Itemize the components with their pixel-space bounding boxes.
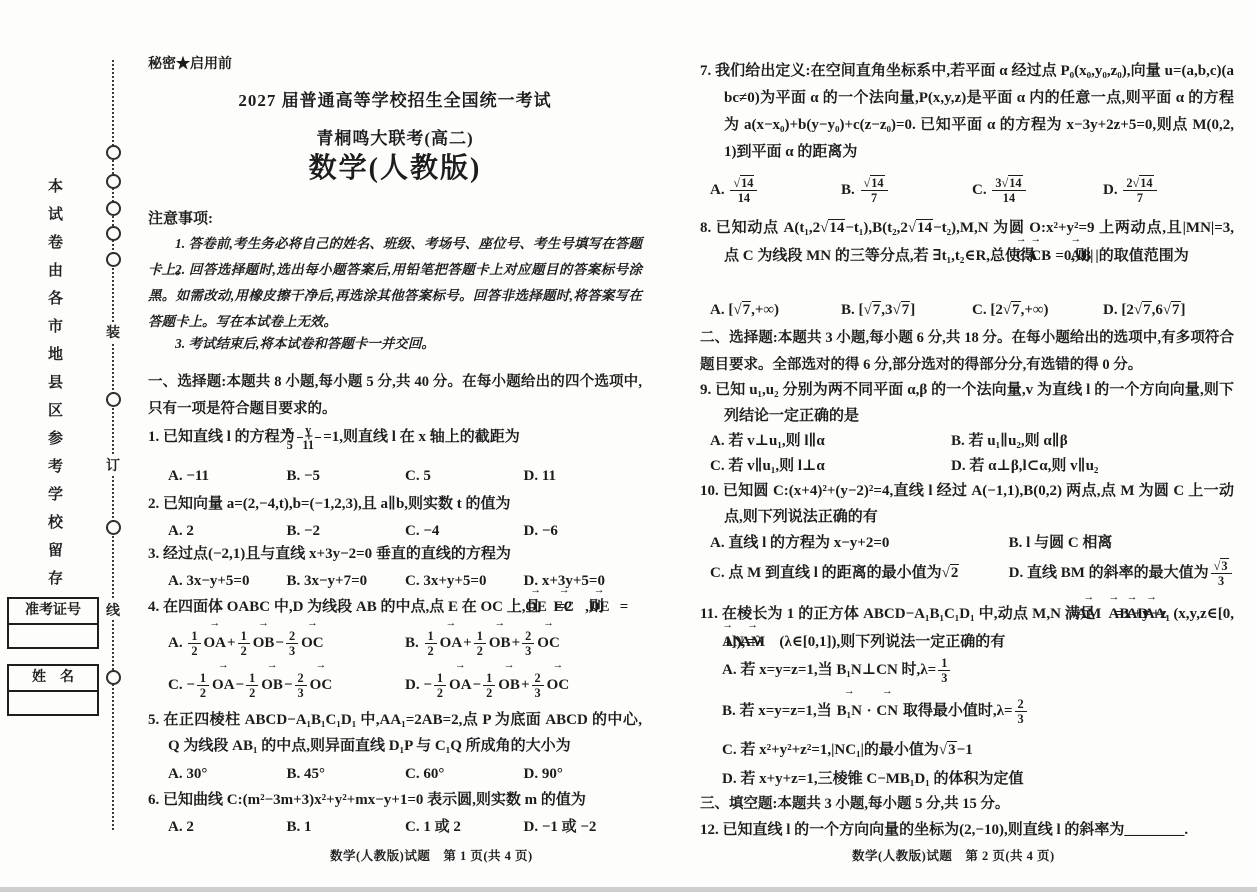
question-4-text: 4. 在四面体 OABC 中,D 为线段 AB 的中点,点 E 在 OC 上,且…	[148, 593, 642, 622]
q1-option-a: A. −11	[168, 463, 287, 489]
page-2: 7. 我们给出定义:在空间直角坐标系中,若平面 α 经过点 P₀(x₀,y₀,z…	[700, 0, 1234, 892]
admission-number-field	[7, 625, 99, 649]
q8-option-b: B. [7,37]	[841, 297, 972, 323]
binding-char-zhuang: 装	[104, 322, 122, 342]
binding-hole	[106, 252, 121, 267]
question-9-options-row-1: A. 若 v⊥u₁,则 l∥α B. 若 u₁∥u₂,则 α∥β	[700, 428, 1234, 454]
question-4-options-row-1: A. 12OA+12OB−23OC B. 12OA+12OB+23OC	[148, 626, 642, 660]
q11-option-b: B. 若 x=y=z=1,当 B₁N · CN 取得最小值时,λ=23	[700, 694, 1234, 728]
question-10-options-row-2: C. 点 M 到直线 l 的距离的最小值为2 D. 直线 BM 的斜率的最大值为…	[700, 553, 1234, 593]
binding-hole	[106, 174, 121, 189]
q10-option-d: D. 直线 BM 的斜率的最大值为33	[1009, 553, 1234, 593]
question-1-options: A. −11 B. −5 C. 5 D. 11	[148, 463, 642, 489]
question-1-text: 1. 已知直线 l 的方程为x5+y11=1,则直线 l 在 x 轴上的截距为	[148, 420, 642, 454]
question-5-text: 5. 在正四棱柱 ABCD−A₁B₁C₁D₁ 中,AA₁=2AB=2,点 P 为…	[148, 707, 642, 759]
q3-option-c: C. 3x+y+5=0	[405, 568, 524, 594]
q1-option-b: B. −5	[287, 463, 406, 489]
q7-option-d: D. 2147	[1103, 170, 1234, 210]
binding-hole	[106, 226, 121, 241]
q11-option-a: A. 若 x=y=z=1,当 B₁N⊥CN 时,λ=13	[700, 653, 1234, 687]
q6-option-d: D. −1 或 −2	[524, 814, 643, 840]
q7-option-a: A. 1414	[710, 170, 841, 210]
q1-option-d: D. 11	[524, 463, 643, 489]
name-label: 姓 名	[7, 664, 99, 692]
q4-option-c: C. −12OA−12OB−23OC	[168, 668, 405, 702]
q10-option-c: C. 点 M 到直线 l 的距离的最小值为2	[710, 553, 1009, 593]
q7-option-c: C. 31414	[972, 170, 1103, 210]
binding-char-xian: 线	[104, 600, 122, 620]
question-12-text: 12. 已知直线 l 的一个方向向量的坐标为(2,−10),则直线 l 的斜率为…	[700, 817, 1234, 843]
name-box: 姓 名	[7, 664, 99, 716]
question-6-options: A. 2 B. 1 C. 1 或 2 D. −1 或 −2	[148, 814, 642, 840]
subject-title: 数学(人教版)	[148, 156, 642, 182]
q9-option-d: D. 若 α⊥β,l⊂α,则 v∥u₂	[951, 453, 1234, 479]
admission-number-box: 准考证号	[7, 597, 99, 649]
q9-option-a: A. 若 v⊥u₁,则 l∥α	[710, 428, 951, 454]
q5-option-c: C. 60°	[405, 761, 524, 787]
page-2-footer: 数学(人教版)试题 第 2 页(共 4 页)	[852, 846, 1055, 864]
question-8-options: A. [7,+∞) B. [7,37] C. [27,+∞) D. [27,67…	[700, 297, 1234, 323]
question-6-text: 6. 已知曲线 C:(m²−3m+3)x²+y²+mx−y+1=0 表示圆,则实…	[148, 787, 642, 813]
admission-number-label: 准考证号	[7, 597, 99, 625]
section-2-heading: 二、选择题:本题共 3 小题,每小题 6 分,共 18 分。在每小题给出的选项中…	[700, 325, 1234, 379]
question-4-options-row-2: C. −12OA−12OB−23OC D. −12OA−12OB+23OC	[148, 668, 642, 702]
q11-option-c: C. 若 x²+y²+z²=1,|NC₁|的最小值为3−1	[700, 737, 1234, 763]
q1-option-c: C. 5	[405, 463, 524, 489]
q3-option-a: A. 3x−y+5=0	[168, 568, 287, 594]
binding-hole	[106, 670, 121, 685]
binding-hole	[106, 392, 121, 407]
page-1-footer: 数学(人教版)试题 第 1 页(共 4 页)	[330, 846, 533, 864]
q3-option-d: D. x+3y+5=0	[524, 568, 643, 594]
question-9-options-row-2: C. 若 v∥u₁,则 l⊥α D. 若 α⊥β,l⊂α,则 v∥u₂	[700, 453, 1234, 479]
q11-option-d: D. 若 x+y+z=1,三棱锥 C−MB₁D₁ 的体积为定值	[700, 766, 1234, 792]
q4-option-a: A. 12OA+12OB−23OC	[168, 626, 405, 660]
question-8-text: 8. 已知动点 A(t₁,214−t₁),B(t₂,214−t₂),M,N 为圆…	[700, 214, 1234, 270]
notice-heading: 注意事项:	[148, 206, 642, 232]
question-9-text: 9. 已知 u₁,u₂ 分别为两不同平面 α,β 的一个法向量,v 为直线 l …	[700, 377, 1234, 429]
binding-hole	[106, 201, 121, 216]
notice-item-3: 3. 考试结束后,将本试卷和答题卡一并交回。	[148, 331, 642, 357]
q6-option-a: A. 2	[168, 814, 287, 840]
q8-option-a: A. [7,+∞)	[710, 297, 841, 323]
q8-option-d: D. [27,67]	[1103, 297, 1234, 323]
question-5-options: A. 30° B. 45° C. 60° D. 90°	[148, 761, 642, 787]
q6-option-c: C. 1 或 2	[405, 814, 524, 840]
q9-option-c: C. 若 v∥u₁,则 l⊥α	[710, 453, 951, 479]
q8-option-c: C. [27,+∞)	[972, 297, 1103, 323]
exam-title: 2027 届普通高等学校招生全国统一考试	[148, 88, 642, 114]
q4-option-b: B. 12OA+12OB+23OC	[405, 626, 642, 660]
section-1-heading: 一、选择题:本题共 8 小题,每小题 5 分,共 40 分。在每小题给出的四个选…	[148, 369, 642, 423]
binding-hole	[106, 520, 121, 535]
section-3-heading: 三、填空题:本题共 3 小题,每小题 5 分,共 15 分。	[700, 791, 1234, 818]
q5-option-b: B. 45°	[287, 761, 406, 787]
page-1: 秘密★启用前 2027 届普通高等学校招生全国统一考试 青桐鸣大联考(高二) 数…	[148, 0, 642, 892]
secrecy-marking: 秘密★启用前	[148, 52, 642, 78]
q4-option-d: D. −12OA−12OB+23OC	[405, 668, 642, 702]
binding-char-ding: 订	[104, 455, 122, 475]
question-11-text: 11. 在棱长为 1 的正方体 ABCD−A₁B₁C₁D₁ 中,动点 M,N 满…	[700, 600, 1234, 656]
q6-option-b: B. 1	[287, 814, 406, 840]
question-7-text: 7. 我们给出定义:在空间直角坐标系中,若平面 α 经过点 P₀(x₀,y₀,z…	[700, 58, 1234, 166]
question-2-text: 2. 已知向量 a=(2,−4,t),b=(−1,2,3),且 a∥b,则实数 …	[148, 491, 642, 517]
q7-option-b: B. 147	[841, 170, 972, 210]
binding-hole	[106, 145, 121, 160]
q9-option-b: B. 若 u₁∥u₂,则 α∥β	[951, 428, 1234, 454]
question-10-text: 10. 已知圆 C:(x+4)²+(y−2)²=4,直线 l 经过 A(−1,1…	[700, 478, 1234, 530]
q3-option-b: B. 3x−y+7=0	[287, 568, 406, 594]
name-field	[7, 692, 99, 716]
retention-notice-vertical: 本试卷由各市地县区参考学校留存	[44, 178, 65, 598]
q5-option-a: A. 30°	[168, 761, 287, 787]
scan-bottom-edge	[0, 887, 1257, 892]
exam-subtitle: 青桐鸣大联考(高二)	[148, 126, 642, 152]
notice-item-2: 2. 回答选择题时,选出每小题答案后,用铅笔把答题卡上对应题目的答案标号涂黑。如…	[148, 257, 642, 335]
exam-paper-scan: 本试卷由各市地县区参考学校留存 装 订 线 准考证号 姓 名 秘密★启用前 20…	[0, 0, 1257, 892]
question-7-options: A. 1414 B. 147 C. 31414 D. 2147	[700, 170, 1234, 210]
question-3-text: 3. 经过点(−2,1)且与直线 x+3y−2=0 垂直的直线的方程为	[148, 541, 642, 567]
q5-option-d: D. 90°	[524, 761, 643, 787]
